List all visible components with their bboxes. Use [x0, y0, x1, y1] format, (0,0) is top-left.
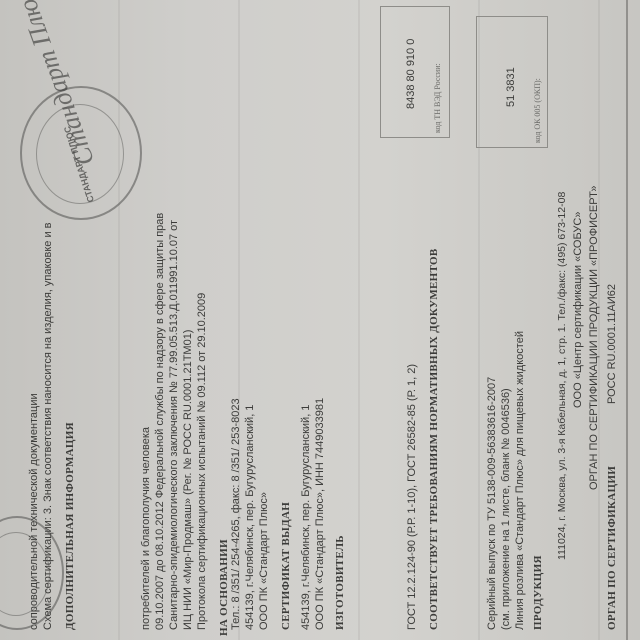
- second-stamp-inner-ring: [0, 532, 50, 616]
- issued-to-line-3: Тел.: 8 /351/ 254-4265, факс: 8 /351/ 25…: [230, 398, 242, 630]
- basis-heading: НА ОСНОВАНИИ: [218, 539, 230, 636]
- product-line-1: Линия розлива «Стандарт Плюс» для пищевы…: [514, 331, 526, 630]
- product-heading: ПРОДУКЦИЯ: [532, 555, 544, 630]
- issued-to-line-1: ООО ПК «Стандарт Плюс»: [258, 492, 270, 630]
- product-line-2: (см. приложение на 1 листе, бланк № 0046…: [500, 388, 512, 630]
- manufacturer-heading: ИЗГОТОВИТЕЛЬ: [334, 535, 346, 630]
- certification-body-name: ОРГАН ПО СЕРТИФИКАЦИИ ПРОДУКЦИИ «ПРОФИСЕ…: [588, 186, 600, 490]
- second-stamp: [0, 516, 64, 630]
- basis-line-5: потребителей и благополучия человека: [140, 427, 152, 630]
- okp-code-value: 51 3831: [505, 67, 517, 107]
- manufacturer-line-2: 454139, г.Челябинск, пер. Бугурусланский…: [300, 405, 312, 630]
- tnved-code-box: код ТН ВЭД России: 8438 80 910 0: [380, 6, 450, 138]
- certification-body-org: ООО «Центр сертификации «СОБУС»: [572, 212, 584, 408]
- issued-to-line-2: 454139, г.Челябинск, пер. Бугурусланский…: [244, 405, 256, 630]
- manufacturer-line-1: ООО ПК «Стандарт Плюс», ИНН 7449033981: [314, 398, 326, 630]
- page-edge: [626, 0, 628, 640]
- certificate-page: ОРГАН ПО СЕРТИФИКАЦИИ РОСС RU.0001.11АИ6…: [0, 0, 640, 640]
- compliance-standards: ГОСТ 12.2.124-90 (Р.Р. 1-10), ГОСТ 26582…: [406, 364, 418, 630]
- compliance-heading: СООТВЕТСТВУЕТ ТРЕБОВАНИЯМ НОРМАТИВНЫХ ДО…: [428, 248, 440, 630]
- registration-number: РОСС RU.0001.11АИ62: [606, 284, 618, 404]
- additional-info-heading: ДОПОЛНИТЕЛЬНАЯ ИНФОРМАЦИЯ: [64, 422, 76, 630]
- basis-line-3: Санитарно-эпидемиологического заключения…: [168, 220, 180, 630]
- okp-code-label: код ОК 005 (ОКП):: [533, 78, 542, 143]
- okp-code-box: код ОК 005 (ОКП): 51 3831: [476, 16, 548, 148]
- certification-body-address: 111024, г. Москва, ул. 3-я Кабельная, д.…: [556, 192, 568, 560]
- product-line-3: Серийный выпуск по ТУ 5138-009-56383616-…: [486, 377, 498, 630]
- basis-line-4: 09.10.2007 до 08.10.2012 Федеральной слу…: [154, 213, 166, 630]
- certification-body-heading: ОРГАН ПО СЕРТИФИКАЦИИ: [606, 466, 618, 630]
- tnved-code-label: код ТН ВЭД России:: [433, 63, 442, 133]
- basis-line-1: Протокола сертификационных испытаний № 0…: [196, 293, 208, 630]
- tnved-code-value: 8438 80 910 0: [405, 39, 417, 109]
- issued-to-heading: СЕРТИФИКАТ ВЫДАН: [280, 502, 292, 630]
- basis-line-2: ИЦ НИИ «Мир-Продмаш» (Рег. № РОСС RU.000…: [182, 330, 194, 630]
